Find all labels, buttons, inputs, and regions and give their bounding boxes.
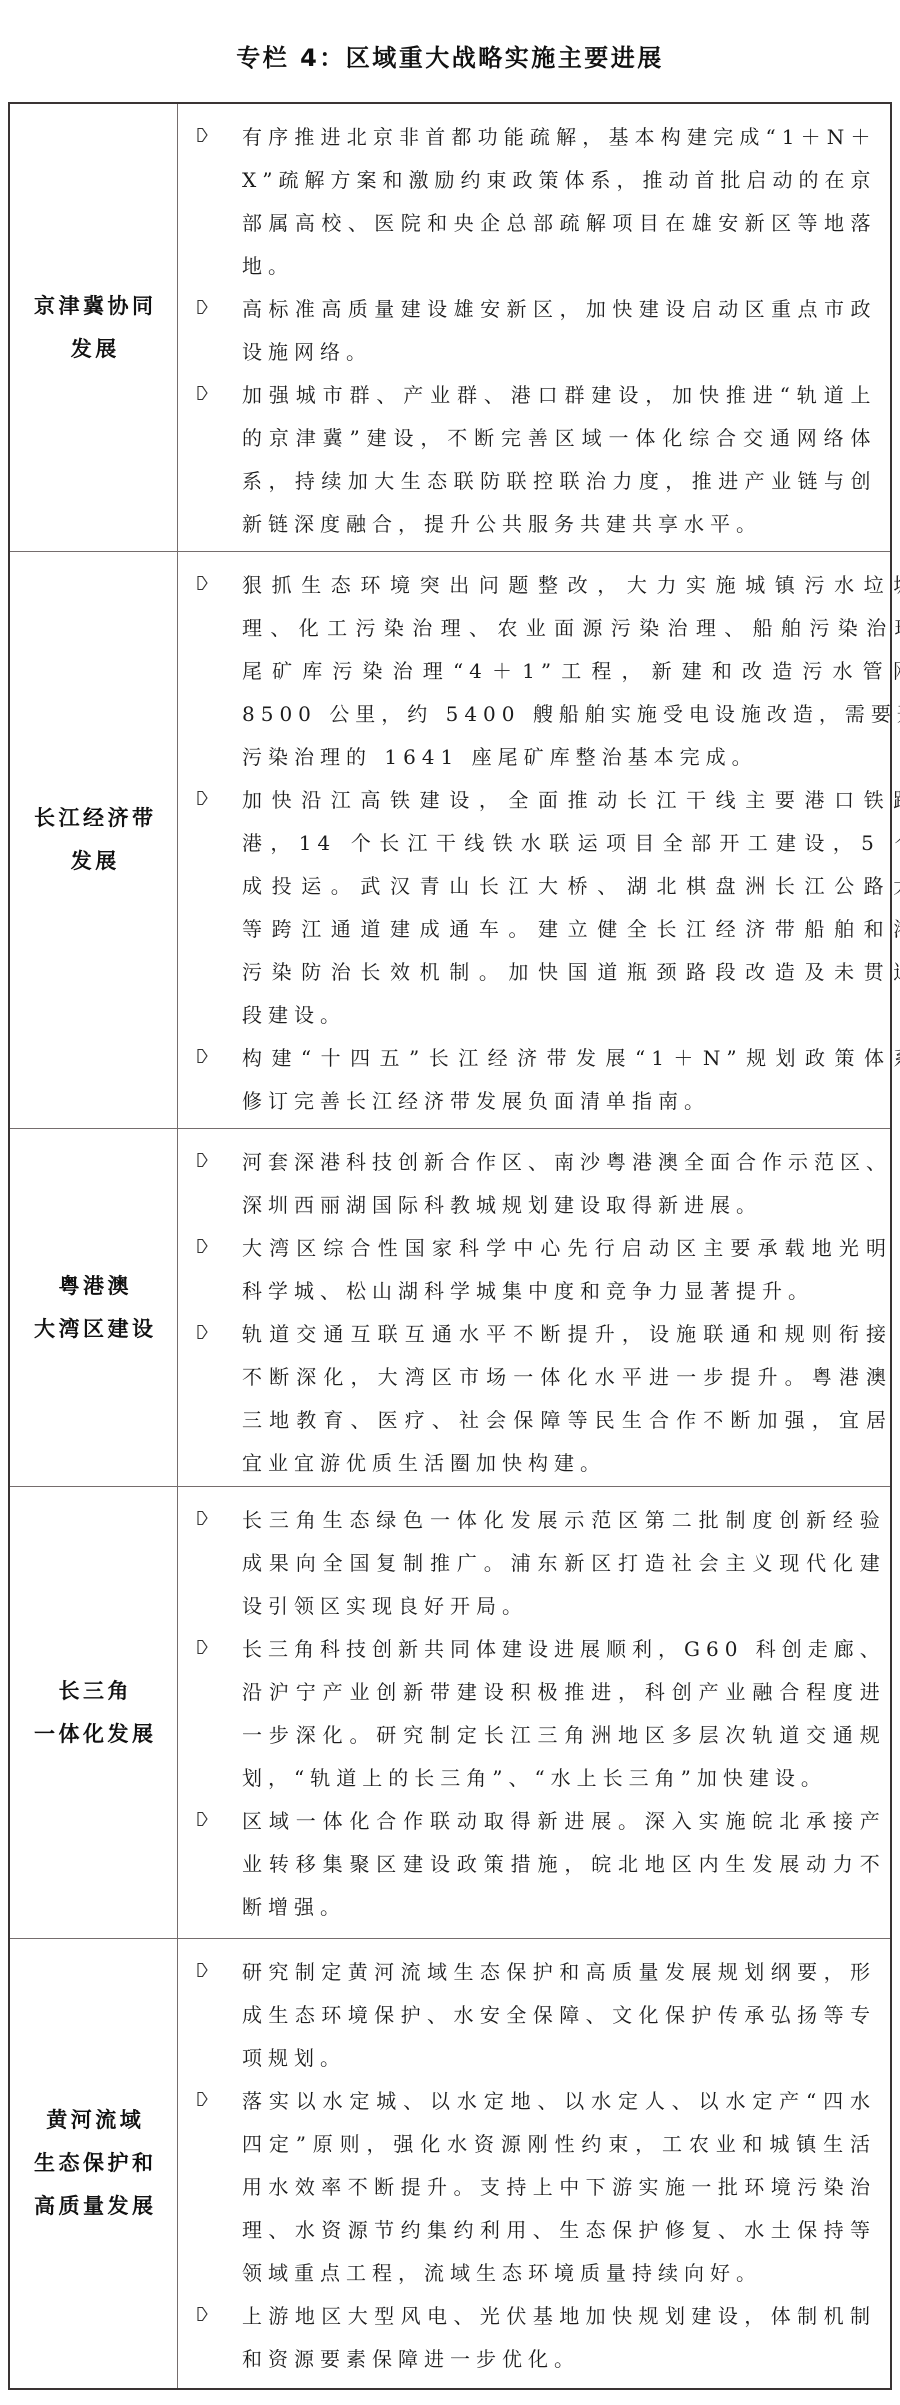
bullet-line: 一步深化。研究制定长江三角洲地区多层次轨道交通规 [242, 1714, 886, 1757]
row-label-line: 长江经济带 [31, 797, 157, 840]
bullet-line: 构建“十四五”长江经济带发展“1＋N”规划政策体系， [242, 1037, 900, 1080]
bullet-line: 新链深度融合，提升公共服务共建共享水平。 [242, 503, 876, 546]
row-content: 狠抓生态环境突出问题整改，大力实施城镇污水垃圾处 理、化工污染治理、农业面源污染… [178, 552, 900, 1128]
bullet-item: 大湾区综合性国家科学中心先行启动区主要承载地光明 科学城、松山湖科学城集中度和竞… [242, 1227, 892, 1313]
bullet-item: 长三角生态绿色一体化发展示范区第二批制度创新经验 成果向全国复制推广。浦东新区打… [242, 1499, 886, 1628]
bullet-line: 长三角生态绿色一体化发展示范区第二批制度创新经验 [242, 1499, 886, 1542]
bullet-item: 研究制定黄河流域生态保护和高质量发展规划纲要，形 成生态环境保护、水安全保障、文… [242, 1951, 876, 2080]
bullet-line: 成投运。武汉青山长江大桥、湖北棋盘洲长江公路大桥 [242, 865, 900, 908]
hollow-right-arrow-icon [197, 1152, 208, 1168]
bullet-line: 高标准高质量建设雄安新区，加快建设启动区重点市政 [242, 288, 876, 331]
bullet-line: 四定”原则，强化水资源刚性约束，工农业和城镇生活 [242, 2123, 876, 2166]
bullet-item: 轨道交通互联互通水平不断提升，设施联通和规则衔接 不断深化，大湾区市场一体化水平… [242, 1313, 892, 1485]
bullet-line: 8500 公里，约 5400 艘船舶实施受电设施改造，需要开展 [242, 693, 900, 736]
row-label: 长三角 一体化发展 [10, 1487, 178, 1938]
bullet-line: 成生态环境保护、水安全保障、文化保护传承弘扬等专 [242, 1994, 876, 2037]
hollow-right-arrow-icon [197, 1639, 208, 1655]
bullet-line: 三地教育、医疗、社会保障等民生合作不断加强，宜居 [242, 1399, 892, 1442]
bullet-line: 设引领区实现良好开局。 [242, 1585, 886, 1628]
bullet-line: 用水效率不断提升。支持上中下游实施一批环境污染治 [242, 2166, 876, 2209]
bullet-line: 港，14 个长江干线铁水联运项目全部开工建设，5 个建 [242, 822, 900, 865]
row-label: 黄河流域 生态保护和 高质量发展 [10, 1939, 178, 2388]
table-row-yellow-river: 黄河流域 生态保护和 高质量发展 研究制定黄河流域生态保护和高质量发展规划纲要，… [10, 1939, 890, 2388]
bullet-line: 设施网络。 [242, 331, 876, 374]
bullet-line: 的京津冀”建设，不断完善区域一体化综合交通网络体 [242, 417, 876, 460]
table-row-yangtze-delta: 长三角 一体化发展 长三角生态绿色一体化发展示范区第二批制度创新经验 成果向全国… [10, 1487, 890, 1939]
hollow-right-arrow-icon [197, 1048, 208, 1064]
page-title: 专栏 4：区域重大战略实施主要进展 [0, 43, 900, 73]
bullet-line: 研究制定黄河流域生态保护和高质量发展规划纲要，形 [242, 1951, 876, 1994]
bullet-line: 业转移集聚区建设政策措施，皖北地区内生发展动力不 [242, 1843, 886, 1886]
bullet-line: 深圳西丽湖国际科教城规划建设取得新进展。 [242, 1184, 892, 1227]
bullet-line: 理、化工污染治理、农业面源污染治理、船舶污染治理、 [242, 607, 900, 650]
bullet-line: 地。 [242, 245, 876, 288]
bullet-line: 断增强。 [242, 1886, 886, 1929]
bullet-line: 大湾区综合性国家科学中心先行启动区主要承载地光明 [242, 1227, 892, 1270]
bullet-line: 有序推进北京非首都功能疏解，基本构建完成“1＋N＋ [242, 116, 876, 159]
bullet-line: 段建设。 [242, 994, 900, 1037]
row-content: 河套深港科技创新合作区、南沙粤港澳全面合作示范区、 深圳西丽湖国际科教城规划建设… [178, 1129, 900, 1486]
hollow-right-arrow-icon [197, 790, 208, 806]
row-label-line: 京津冀协同 [31, 285, 157, 328]
bullet-line: 宜业宜游优质生活圈加快构建。 [242, 1442, 892, 1485]
hollow-right-arrow-icon [197, 2306, 208, 2322]
bullet-line: 领域重点工程，流域生态环境质量持续向好。 [242, 2252, 876, 2295]
row-content: 长三角生态绿色一体化发展示范区第二批制度创新经验 成果向全国复制推广。浦东新区打… [178, 1487, 900, 1938]
hollow-right-arrow-icon [197, 1510, 208, 1526]
row-label-line: 黄河流域 [43, 2099, 145, 2142]
bullet-line: 沿沪宁产业创新带建设积极推进，科创产业融合程度进 [242, 1671, 886, 1714]
bullet-line: 成果向全国复制推广。浦东新区打造社会主义现代化建 [242, 1542, 886, 1585]
hollow-right-arrow-icon [197, 127, 208, 143]
bullet-item: 加强城市群、产业群、港口群建设，加快推进“轨道上 的京津冀”建设，不断完善区域一… [242, 374, 876, 546]
row-label-line: 长三角 [55, 1670, 132, 1713]
row-label-line: 高质量发展 [31, 2185, 157, 2228]
bullet-item: 区域一体化合作联动取得新进展。深入实施皖北承接产 业转移集聚区建设政策措施，皖北… [242, 1800, 886, 1929]
bullet-item: 长三角科技创新共同体建设进展顺利，G60 科创走廊、 沿沪宁产业创新带建设积极推… [242, 1628, 886, 1800]
bullet-line: 污染防治长效机制。加快国道瓶颈路段改造及未贯通路 [242, 951, 900, 994]
bullet-line: 尾矿库污染治理“4＋1”工程，新建和改造污水管网约 [242, 650, 900, 693]
bullet-line: 部属高校、医院和央企总部疏解项目在雄安新区等地落 [242, 202, 876, 245]
row-label-line: 发展 [67, 840, 120, 883]
bullet-line: 轨道交通互联互通水平不断提升，设施联通和规则衔接 [242, 1313, 892, 1356]
hollow-right-arrow-icon [197, 2091, 208, 2107]
bullet-line: 理、水资源节约集约利用、生态保护修复、水土保持等 [242, 2209, 876, 2252]
hollow-right-arrow-icon [197, 1962, 208, 1978]
bullet-line: 修订完善长江经济带发展负面清单指南。 [242, 1080, 900, 1123]
row-label: 粤港澳 大湾区建设 [10, 1129, 178, 1486]
row-label-line: 大湾区建设 [31, 1308, 157, 1351]
bullet-item: 有序推进北京非首都功能疏解，基本构建完成“1＋N＋ X”疏解方案和激励约束政策体… [242, 116, 876, 288]
bullet-line: 和资源要素保障进一步优化。 [242, 2338, 876, 2381]
row-label: 长江经济带 发展 [10, 552, 178, 1128]
bullet-line: 加快沿江高铁建设，全面推动长江干线主要港口铁路进 [242, 779, 900, 822]
bullet-item: 高标准高质量建设雄安新区，加快建设启动区重点市政 设施网络。 [242, 288, 876, 374]
bullet-line: 划，“轨道上的长三角”、“水上长三角”加快建设。 [242, 1757, 886, 1800]
bullet-item: 上游地区大型风电、光伏基地加快规划建设，体制机制 和资源要素保障进一步优化。 [242, 2295, 876, 2381]
row-label-line: 粤港澳 [55, 1265, 132, 1308]
row-label: 京津冀协同 发展 [10, 104, 178, 551]
hollow-right-arrow-icon [197, 1324, 208, 1340]
bullet-line: 不断深化，大湾区市场一体化水平进一步提升。粤港澳 [242, 1356, 892, 1399]
bullet-line: 长三角科技创新共同体建设进展顺利，G60 科创走廊、 [242, 1628, 886, 1671]
bullet-line: 项规划。 [242, 2037, 876, 2080]
strategy-table: 京津冀协同 发展 有序推进北京非首都功能疏解，基本构建完成“1＋N＋ X”疏解方… [8, 102, 892, 2390]
bullet-line: 河套深港科技创新合作区、南沙粤港澳全面合作示范区、 [242, 1141, 892, 1184]
hollow-right-arrow-icon [197, 1811, 208, 1827]
bullet-line: X”疏解方案和激励约束政策体系，推动首批启动的在京 [242, 159, 876, 202]
bullet-item: 加快沿江高铁建设，全面推动长江干线主要港口铁路进 港，14 个长江干线铁水联运项… [242, 779, 900, 1037]
bullet-item: 落实以水定城、以水定地、以水定人、以水定产“四水 四定”原则，强化水资源刚性约束… [242, 2080, 876, 2295]
bullet-item: 狠抓生态环境突出问题整改，大力实施城镇污水垃圾处 理、化工污染治理、农业面源污染… [242, 564, 900, 779]
bullet-item: 河套深港科技创新合作区、南沙粤港澳全面合作示范区、 深圳西丽湖国际科教城规划建设… [242, 1141, 892, 1227]
table-row-yangtze-economic-belt: 长江经济带 发展 狠抓生态环境突出问题整改，大力实施城镇污水垃圾处 理、化工污染… [10, 552, 890, 1129]
row-content: 研究制定黄河流域生态保护和高质量发展规划纲要，形 成生态环境保护、水安全保障、文… [178, 1939, 890, 2388]
hollow-right-arrow-icon [197, 385, 208, 401]
bullet-item: 构建“十四五”长江经济带发展“1＋N”规划政策体系， 修订完善长江经济带发展负面… [242, 1037, 900, 1123]
table-row-jing-jin-ji: 京津冀协同 发展 有序推进北京非首都功能疏解，基本构建完成“1＋N＋ X”疏解方… [10, 104, 890, 552]
bullet-line: 等跨江通道建成通车。建立健全长江经济带船舶和港口 [242, 908, 900, 951]
hollow-right-arrow-icon [197, 299, 208, 315]
bullet-line: 狠抓生态环境突出问题整改，大力实施城镇污水垃圾处 [242, 564, 900, 607]
bullet-line: 加强城市群、产业群、港口群建设，加快推进“轨道上 [242, 374, 876, 417]
bullet-line: 上游地区大型风电、光伏基地加快规划建设，体制机制 [242, 2295, 876, 2338]
hollow-right-arrow-icon [197, 575, 208, 591]
bullet-line: 科学城、松山湖科学城集中度和竞争力显著提升。 [242, 1270, 892, 1313]
hollow-right-arrow-icon [197, 1238, 208, 1254]
bullet-line: 落实以水定城、以水定地、以水定人、以水定产“四水 [242, 2080, 876, 2123]
table-row-greater-bay-area: 粤港澳 大湾区建设 河套深港科技创新合作区、南沙粤港澳全面合作示范区、 深圳西丽… [10, 1129, 890, 1487]
bullet-line: 区域一体化合作联动取得新进展。深入实施皖北承接产 [242, 1800, 886, 1843]
row-content: 有序推进北京非首都功能疏解，基本构建完成“1＋N＋ X”疏解方案和激励约束政策体… [178, 104, 890, 551]
row-label-line: 生态保护和 [31, 2142, 157, 2185]
row-label-line: 一体化发展 [31, 1713, 157, 1756]
row-label-line: 发展 [67, 328, 120, 371]
bullet-line: 系，持续加大生态联防联控联治力度，推进产业链与创 [242, 460, 876, 503]
bullet-line: 污染治理的 1641 座尾矿库整治基本完成。 [242, 736, 900, 779]
